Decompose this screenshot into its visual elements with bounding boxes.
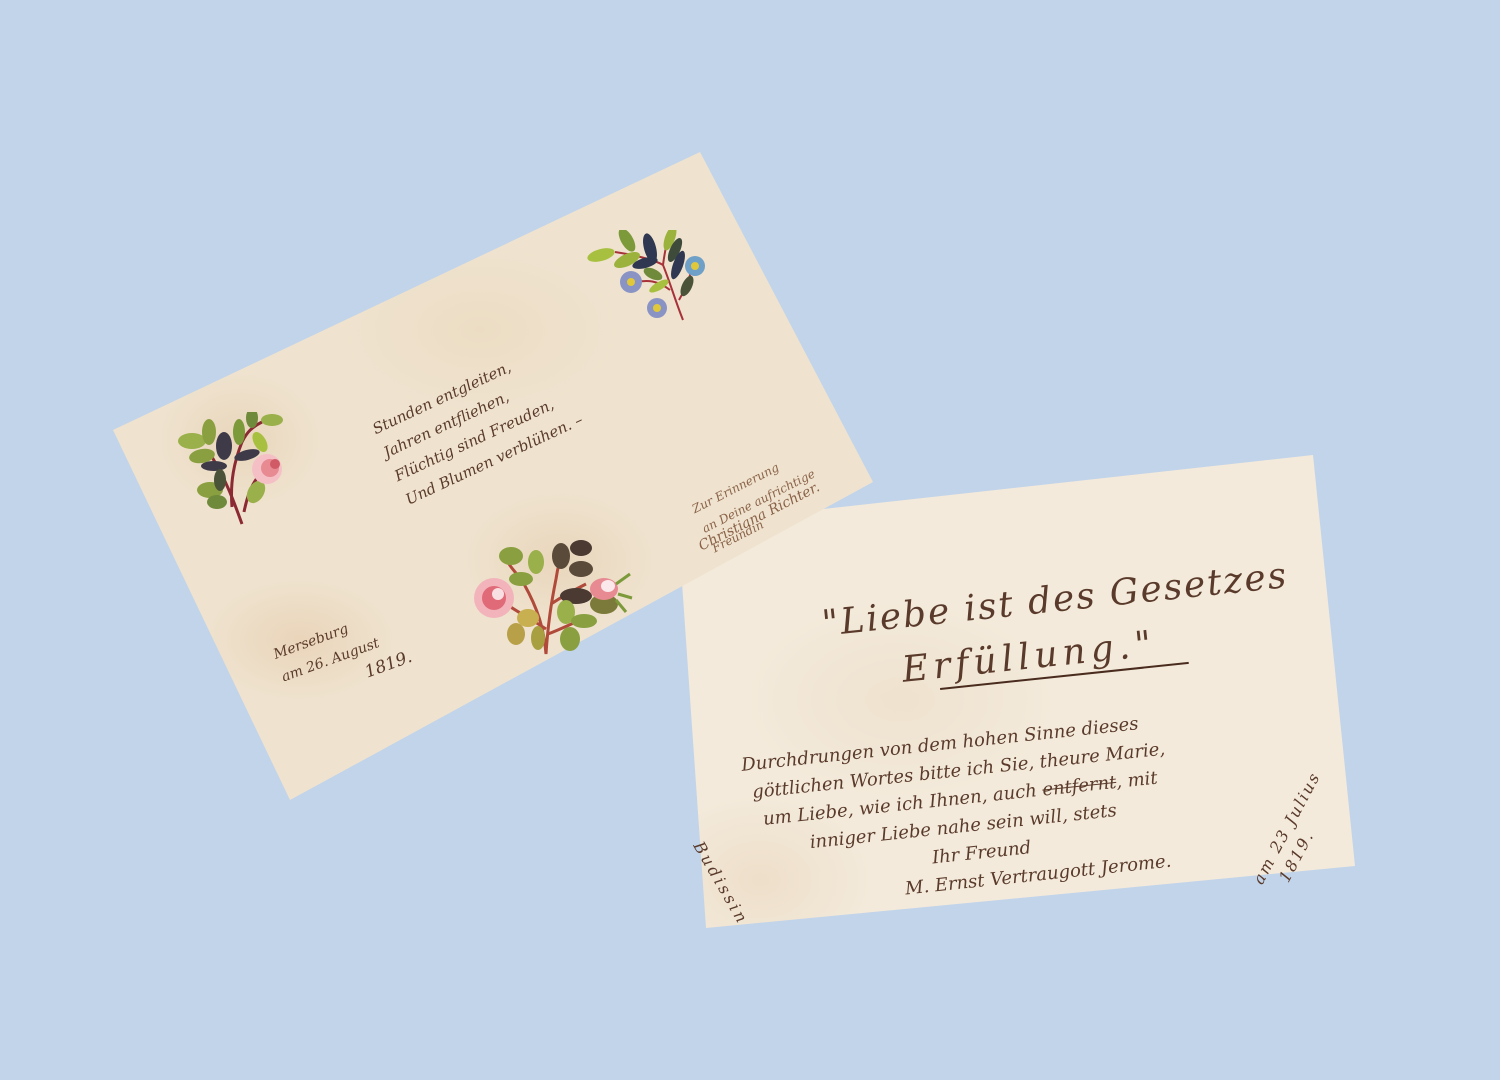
struck-word: entfernt (1041, 772, 1117, 801)
photo-stage: "Liebe ist des Gesetzes Erfüllung." Durc… (0, 0, 1500, 1080)
rose-sprig-embroidery-icon (172, 412, 288, 528)
rose-bouquet-embroidery-icon (466, 534, 636, 659)
forget-me-not-embroidery-icon (575, 230, 705, 340)
